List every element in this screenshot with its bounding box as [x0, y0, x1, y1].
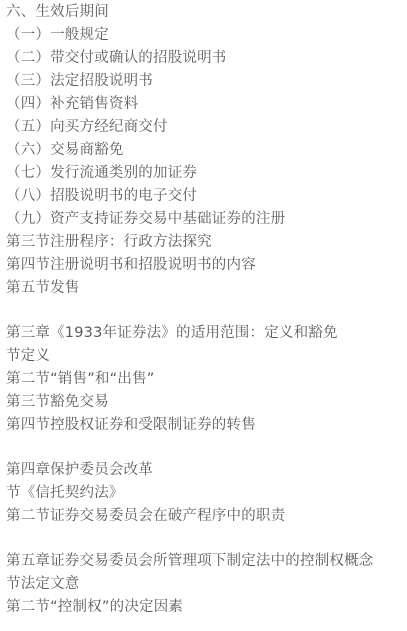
list-item: （四）补充销售资料: [6, 93, 407, 116]
section-title: 第二节证券交易委员会在破产程序中的职责: [6, 505, 407, 528]
list-item: （五）向买方经纪商交付: [6, 116, 407, 139]
section-title: 第四节注册说明书和招股说明书的内容: [6, 254, 407, 277]
chapter-title: 第四章保护委员会改革: [6, 459, 407, 482]
section-title: 第五节发售: [6, 277, 407, 300]
section-title: 节定义: [6, 345, 407, 368]
section-title: 第三节注册程序：行政方法探究: [6, 231, 407, 254]
section-title: 第四节控股权证券和受限制证券的转售: [6, 414, 407, 437]
section-title: 节《信托契约法》: [6, 482, 407, 505]
list-item: （二）带交付或确认的招股说明书: [6, 47, 407, 70]
list-item: （九）资产支持证券交易中基础证券的注册: [6, 208, 407, 231]
list-item: （八）招股说明书的电子交付: [6, 185, 407, 208]
section-title: 节法定文意: [6, 573, 407, 596]
document-body: 六、生效后期间 （一）一般规定 （二）带交付或确认的招股说明书 （三）法定招股说…: [0, 0, 407, 619]
list-item: （三）法定招股说明书: [6, 70, 407, 93]
list-item: （一）一般规定: [6, 24, 407, 47]
section-title: 第二节“控制权”的决定因素: [6, 596, 407, 619]
list-item: （六）交易商豁免: [6, 139, 407, 162]
section-title: 第二节“销售”和“出售”: [6, 368, 407, 391]
list-item: （七）发行流通类别的加证券: [6, 162, 407, 185]
spacer: [6, 437, 407, 459]
spacer: [6, 300, 407, 322]
spacer: [6, 528, 407, 550]
section-heading: 六、生效后期间: [6, 1, 407, 24]
chapter-title: 第五章证券交易委员会所管理项下制定法中的控制权概念: [6, 550, 407, 573]
section-title: 第三节豁免交易: [6, 391, 407, 414]
chapter-title: 第三章《1933年证券法》的适用范围：定义和豁免: [6, 322, 407, 345]
